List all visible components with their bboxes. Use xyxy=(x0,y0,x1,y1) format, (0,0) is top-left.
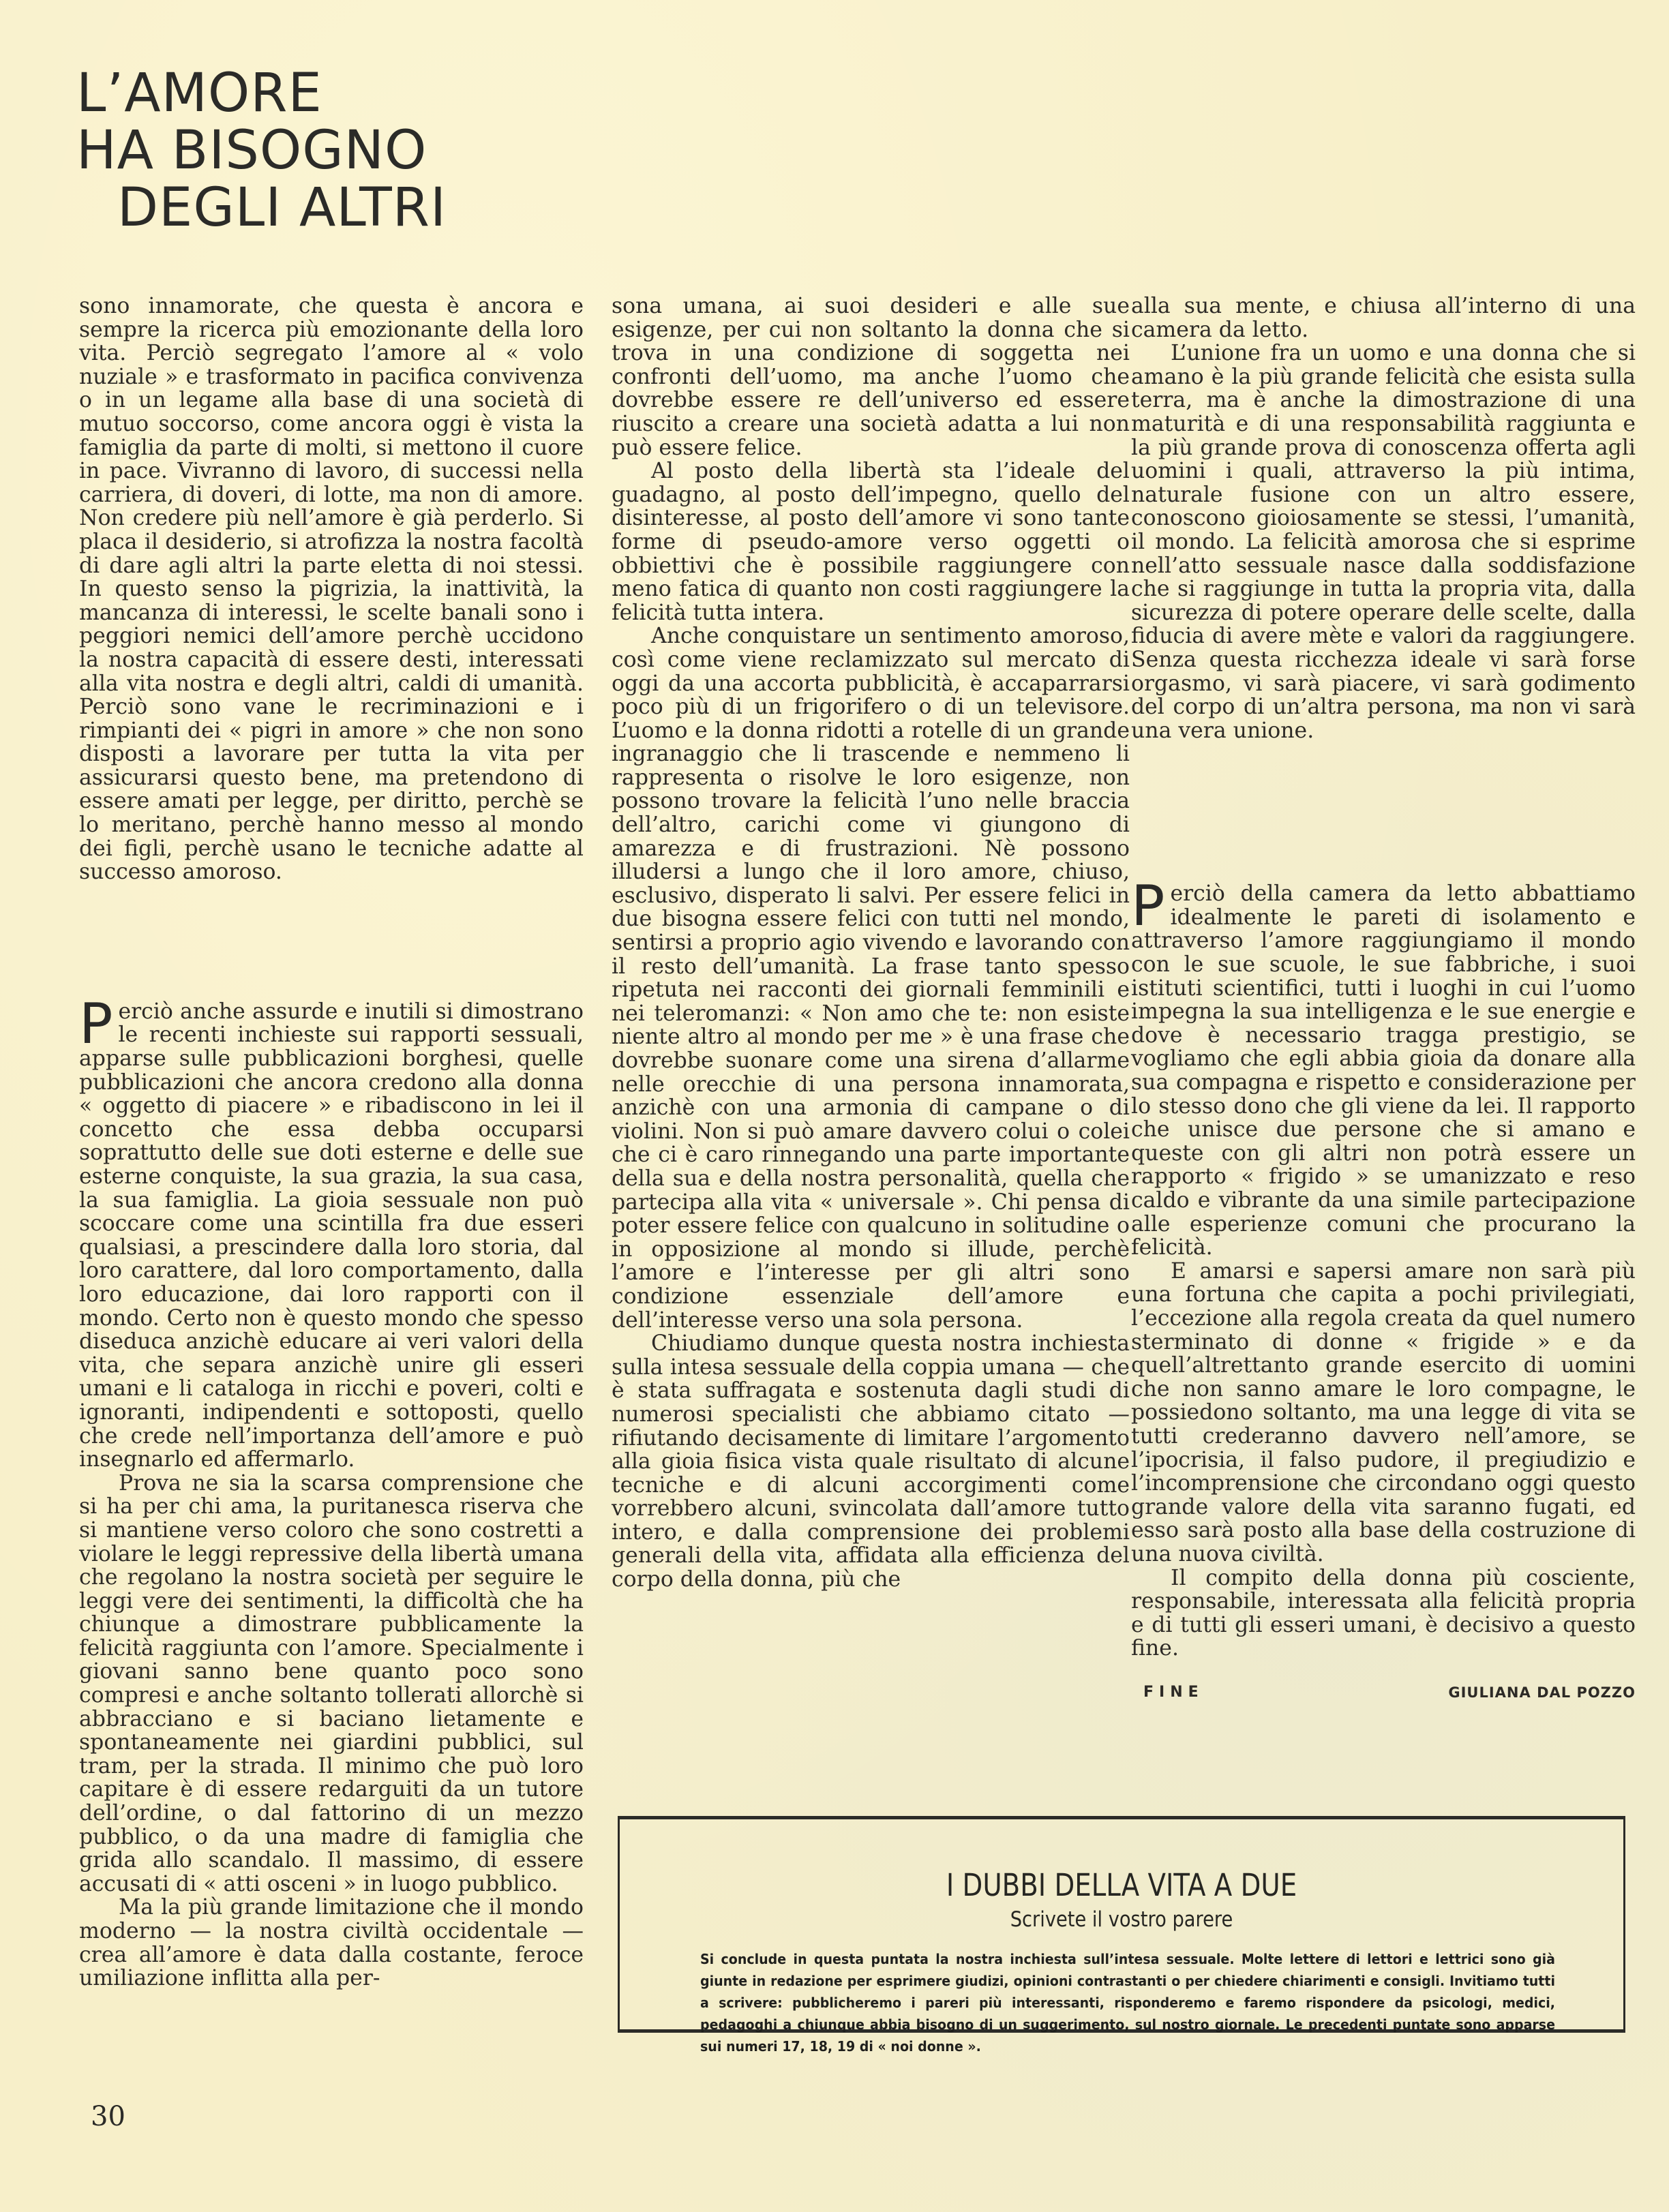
paragraph: Al posto della libertà sta l’ideale del … xyxy=(612,459,1130,624)
paragraph: Prova ne sia la scarsa comprensione che … xyxy=(79,1472,584,1896)
paragraph: L’unione fra un uomo e una donna che si … xyxy=(1131,342,1636,742)
paragraph: Anche conquistare un sentimento amoroso,… xyxy=(612,624,1130,1332)
dropcap-paragraph: Perciò anche assurde e inutili si dimost… xyxy=(79,1000,584,1472)
article-column-1: sono innamorate, che questa è ancora e s… xyxy=(79,294,584,1990)
author-byline: GIULIANA DAL POZZO xyxy=(1448,1681,1636,1705)
reader-letters-box: I DUBBI DELLA VITA A DUE Scrivete il vos… xyxy=(618,1816,1625,2033)
box-body: Si conclude in questa puntata la nostra … xyxy=(700,1948,1555,2057)
paragraph: alla sua mente, e chiusa all’interno di … xyxy=(1131,294,1636,342)
paragraph: Chiudiamo dunque questa nostra inchiesta… xyxy=(612,1332,1130,1592)
paragraph: sona umana, ai suoi desideri e alle sue … xyxy=(612,294,1130,459)
dropcap-paragraph: Perciò della camera da letto abbattiamo … xyxy=(1131,882,1636,1260)
paragraph: Ma la più grande limitazione che il mond… xyxy=(79,1896,584,1990)
title-line-2: HA BISOGNO xyxy=(76,122,447,179)
title-line-3: DEGLI ALTRI xyxy=(76,179,447,237)
article-title: L’AMORE HA BISOGNO DEGLI ALTRI xyxy=(76,65,447,237)
paragraph: E amarsi e sapersi amare non sarà più un… xyxy=(1131,1260,1636,1566)
title-line-1: L’AMORE xyxy=(76,65,447,122)
article-column-2: sona umana, ai suoi desideri e alle sue … xyxy=(612,294,1130,1592)
box-subheading: Scrivete il vostro parere xyxy=(680,1907,1563,1932)
paragraph: sono innamorate, che questa è ancora e s… xyxy=(79,294,584,884)
article-column-3: alla sua mente, e chiusa all’interno di … xyxy=(1131,294,1636,1704)
article-signoff: FINEGIULIANA DAL POZZO xyxy=(1131,1681,1636,1705)
paragraph: Il compito della donna più cosciente, re… xyxy=(1131,1566,1636,1661)
page-number: 30 xyxy=(91,2101,125,2132)
box-heading: I DUBBI DELLA VITA A DUE xyxy=(690,1867,1553,1903)
section-gap xyxy=(1131,742,1636,882)
end-mark: FINE xyxy=(1131,1681,1204,1705)
section-gap xyxy=(79,884,584,1000)
